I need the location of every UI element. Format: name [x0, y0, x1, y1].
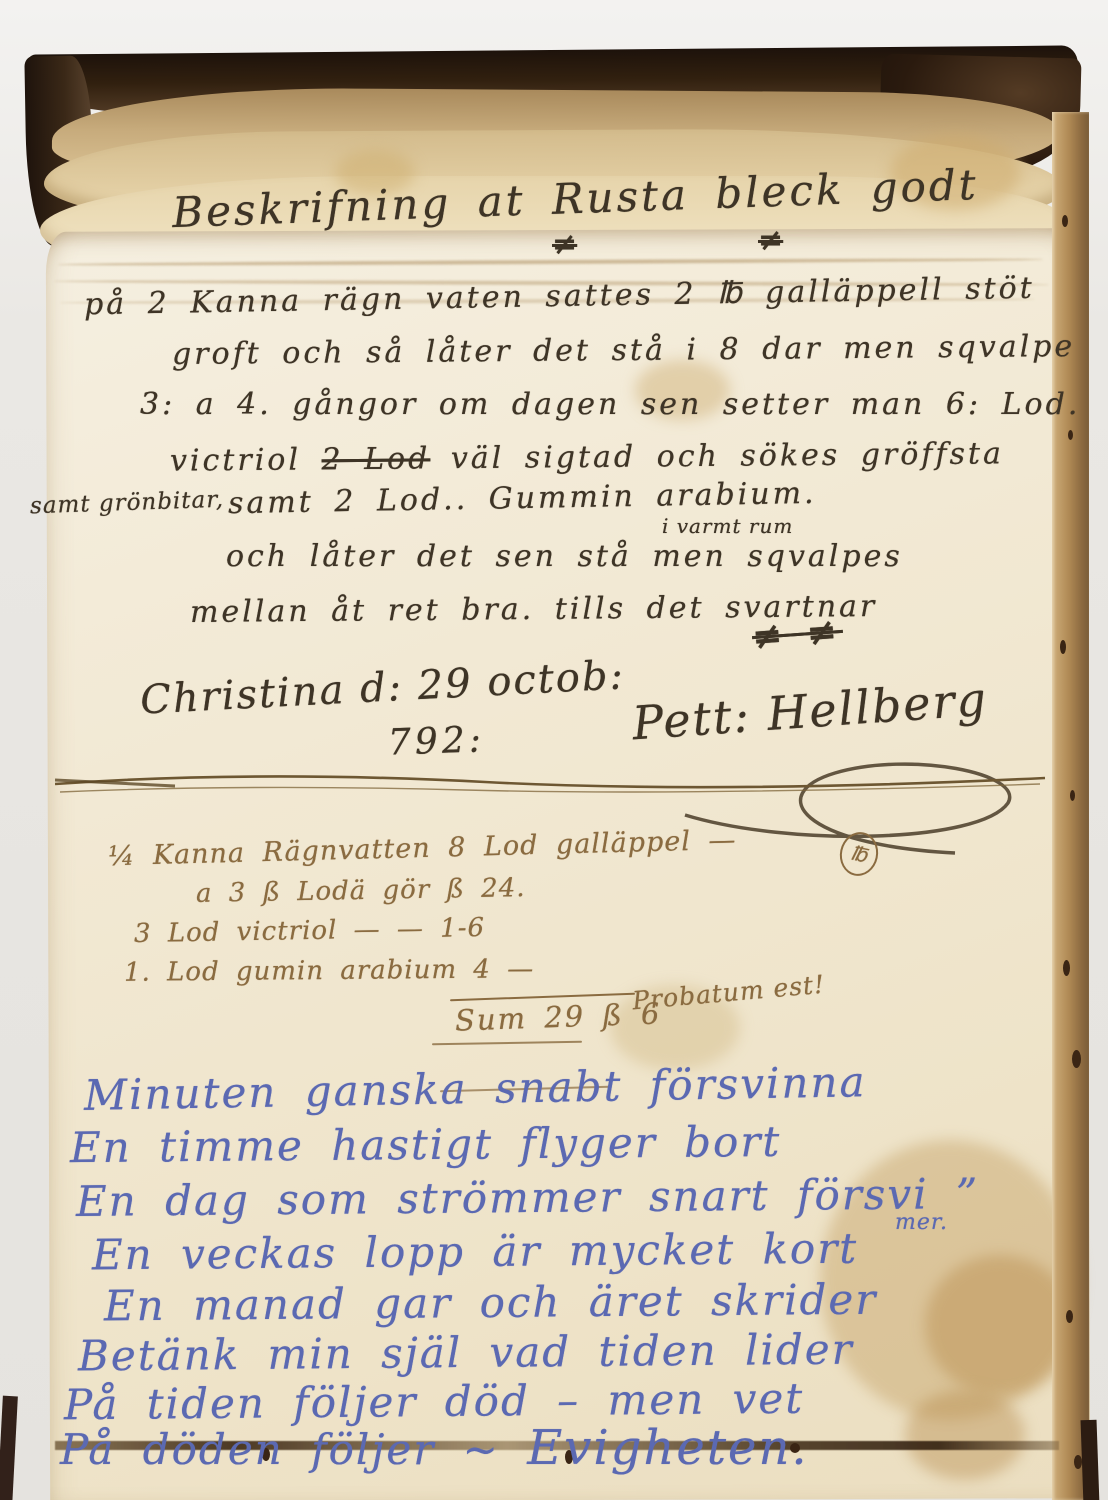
binding-speckle	[1060, 640, 1066, 654]
sum-row: Sum 29 ß 6	[455, 999, 662, 1035]
paper-stain	[905, 1390, 1025, 1480]
dateline-year: 792:	[387, 722, 485, 761]
cost-row: 3 Lod victriol — — 1-6	[134, 915, 485, 947]
recipe-line-segment: väl sigtad och sökes gröffsta	[430, 436, 1004, 476]
recipe-line: victriol 2 Lod väl sigtad och sökes gröf…	[170, 439, 1004, 476]
binding-speckle	[1068, 430, 1073, 440]
recipe-line: 3: a 4. gångor om dagen sen setter man 6…	[140, 390, 1080, 420]
poem-line: Betänk min själ vad tiden lider	[78, 1329, 854, 1378]
binding-speckle	[1074, 1455, 1082, 1469]
binding-speckle	[1070, 790, 1075, 801]
poem-line: En veckas lopp är mycket kort	[92, 1228, 859, 1277]
poem-line: På tiden följer död – men vet	[64, 1378, 804, 1426]
ink-separator-svg	[55, 762, 1050, 808]
cost-row: 1. Lod gumin arabium 4 —	[124, 956, 534, 986]
manuscript-photo: Beskrifning at Rusta bleck godt ≠ ≠ på 2…	[0, 0, 1108, 1500]
interline-insert-note: i varmt rum	[662, 516, 793, 536]
poem-line: På döden följer ~ Evigheten.	[60, 1424, 809, 1472]
insertion-mark: ≠	[758, 226, 783, 256]
crossed-out-text: 2 Lod	[321, 441, 430, 477]
recipe-line-segment: victriol	[170, 442, 322, 478]
insertion-mark: ≠	[552, 230, 577, 260]
poem-line: En manad gar och äret skrider	[104, 1279, 878, 1328]
poem-superscript-note: mer.	[895, 1212, 948, 1234]
binding-speckle	[1063, 960, 1070, 976]
poem-line-segment: På döden följer ~	[60, 1425, 500, 1474]
leather-cover-bottom-left	[0, 1396, 18, 1500]
binding-speckle	[1066, 1310, 1073, 1323]
recipe-line: och låter det sen stå men sqvalpes	[226, 542, 903, 572]
poem-emphasized-word: Evigheten.	[527, 1420, 808, 1476]
insertion-mark: ≠ ≠	[751, 613, 844, 655]
ink-separator-line	[55, 762, 1050, 808]
cost-row: a 3 ß Lodä gör ß 24.	[196, 875, 526, 907]
leather-cover-bottom-right	[1081, 1420, 1100, 1500]
binding-speckle	[1072, 1050, 1081, 1068]
poem-line: En dag som strömmer snart försvi ”	[76, 1173, 980, 1223]
binding-speckle	[1062, 215, 1068, 227]
poem-line: En timme hastigt flyger bort	[70, 1121, 782, 1169]
binding-edge-strip	[1052, 112, 1089, 1500]
recipe-line: groft och så låter det stå i 8 dar men s…	[172, 332, 1075, 370]
